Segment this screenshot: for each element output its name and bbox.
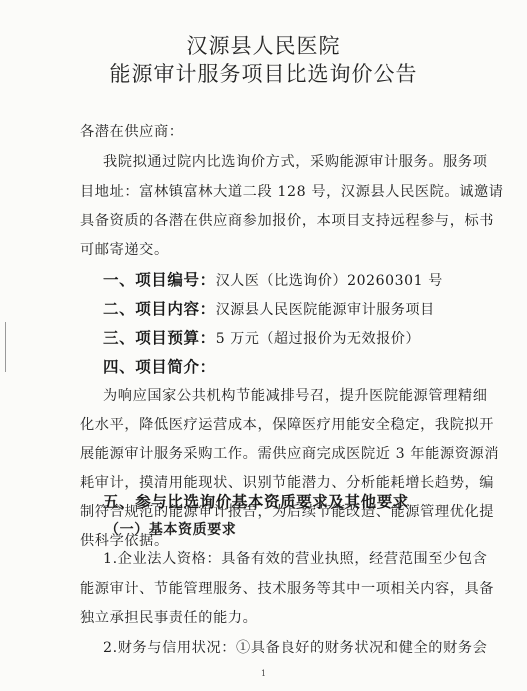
section-label: 三、项目预算： [103, 329, 216, 347]
section-project-content: 二、项目内容：汉源县人民医院能源审计服务项目 [103, 297, 493, 319]
intro-line: 具备资质的各潜在供应商参加报价，本项目支持远程参与，标书 [80, 210, 470, 230]
section-label: 二、项目内容： [103, 300, 216, 318]
requirement-line: 2.财务与信用状况：①具备良好的财务状况和健全的财务会 [103, 637, 493, 657]
section-label: 一、项目编号： [103, 271, 216, 289]
document-page: 汉源县人民医院 能源审计服务项目比选询价公告 各潜在供应商： 我院拟通过院内比选… [0, 0, 527, 691]
salutation: 各潜在供应商： [80, 121, 470, 141]
section-project-number: 一、项目编号：汉人医（比选询价）20260301 号 [103, 268, 493, 290]
requirement-line: 能源审计、节能管理服务、技术服务等其中一项相关内容，具备 [80, 578, 470, 598]
document-title-announcement: 能源审计服务项目比选询价公告 [0, 58, 527, 88]
intro-line: 我院拟通过院内比选询价方式，采购能源审计服务。服务项 [103, 151, 493, 171]
section-project-budget: 三、项目预算：5 万元（超过报价为无效报价） [103, 326, 493, 348]
section-label: 四、项目简介： [103, 358, 216, 376]
requirement-line: 独立承担民事责任的能力。 [80, 607, 470, 627]
requirement-line: 1.企业法人资格：具备有效的营业执照，经营范围至少包含 [103, 548, 493, 568]
summary-line: 耗审计，摸清用能现状、识别节能潜力、分析能耗增长趋势，编 [80, 472, 470, 492]
document-title-hospital: 汉源县人民医院 [0, 30, 527, 60]
section-value: 汉源县人民医院能源审计服务项目 [216, 302, 435, 318]
margin-mark [5, 322, 6, 372]
intro-line: 目地址：富林镇富林大道二段 128 号，汉源县人民医院。诚邀请 [80, 181, 470, 201]
section-project-summary: 四、项目简介： [103, 355, 493, 377]
section5-heading: 五、参与比选询价基本资质要求及其他要求 [103, 490, 493, 512]
subsection-basic-qualifications: （一）基本资质要求 [105, 519, 495, 539]
summary-line: 为响应国家公共机构节能减排号召，提升医院能源管理精细 [103, 385, 493, 405]
summary-line: 展能源审计服务采购工作。需供应商完成医院近 3 年能源资源消 [80, 443, 470, 463]
summary-line: 化水平，降低医疗运营成本，保障医疗用能安全稳定，我院拟开 [80, 414, 470, 434]
page-number: 1 [0, 669, 527, 678]
section-value: 5 万元（超过报价为无效报价） [216, 331, 420, 347]
intro-line: 可邮寄递交。 [80, 239, 470, 259]
section-value: 汉人医（比选询价）20260301 号 [216, 273, 443, 289]
